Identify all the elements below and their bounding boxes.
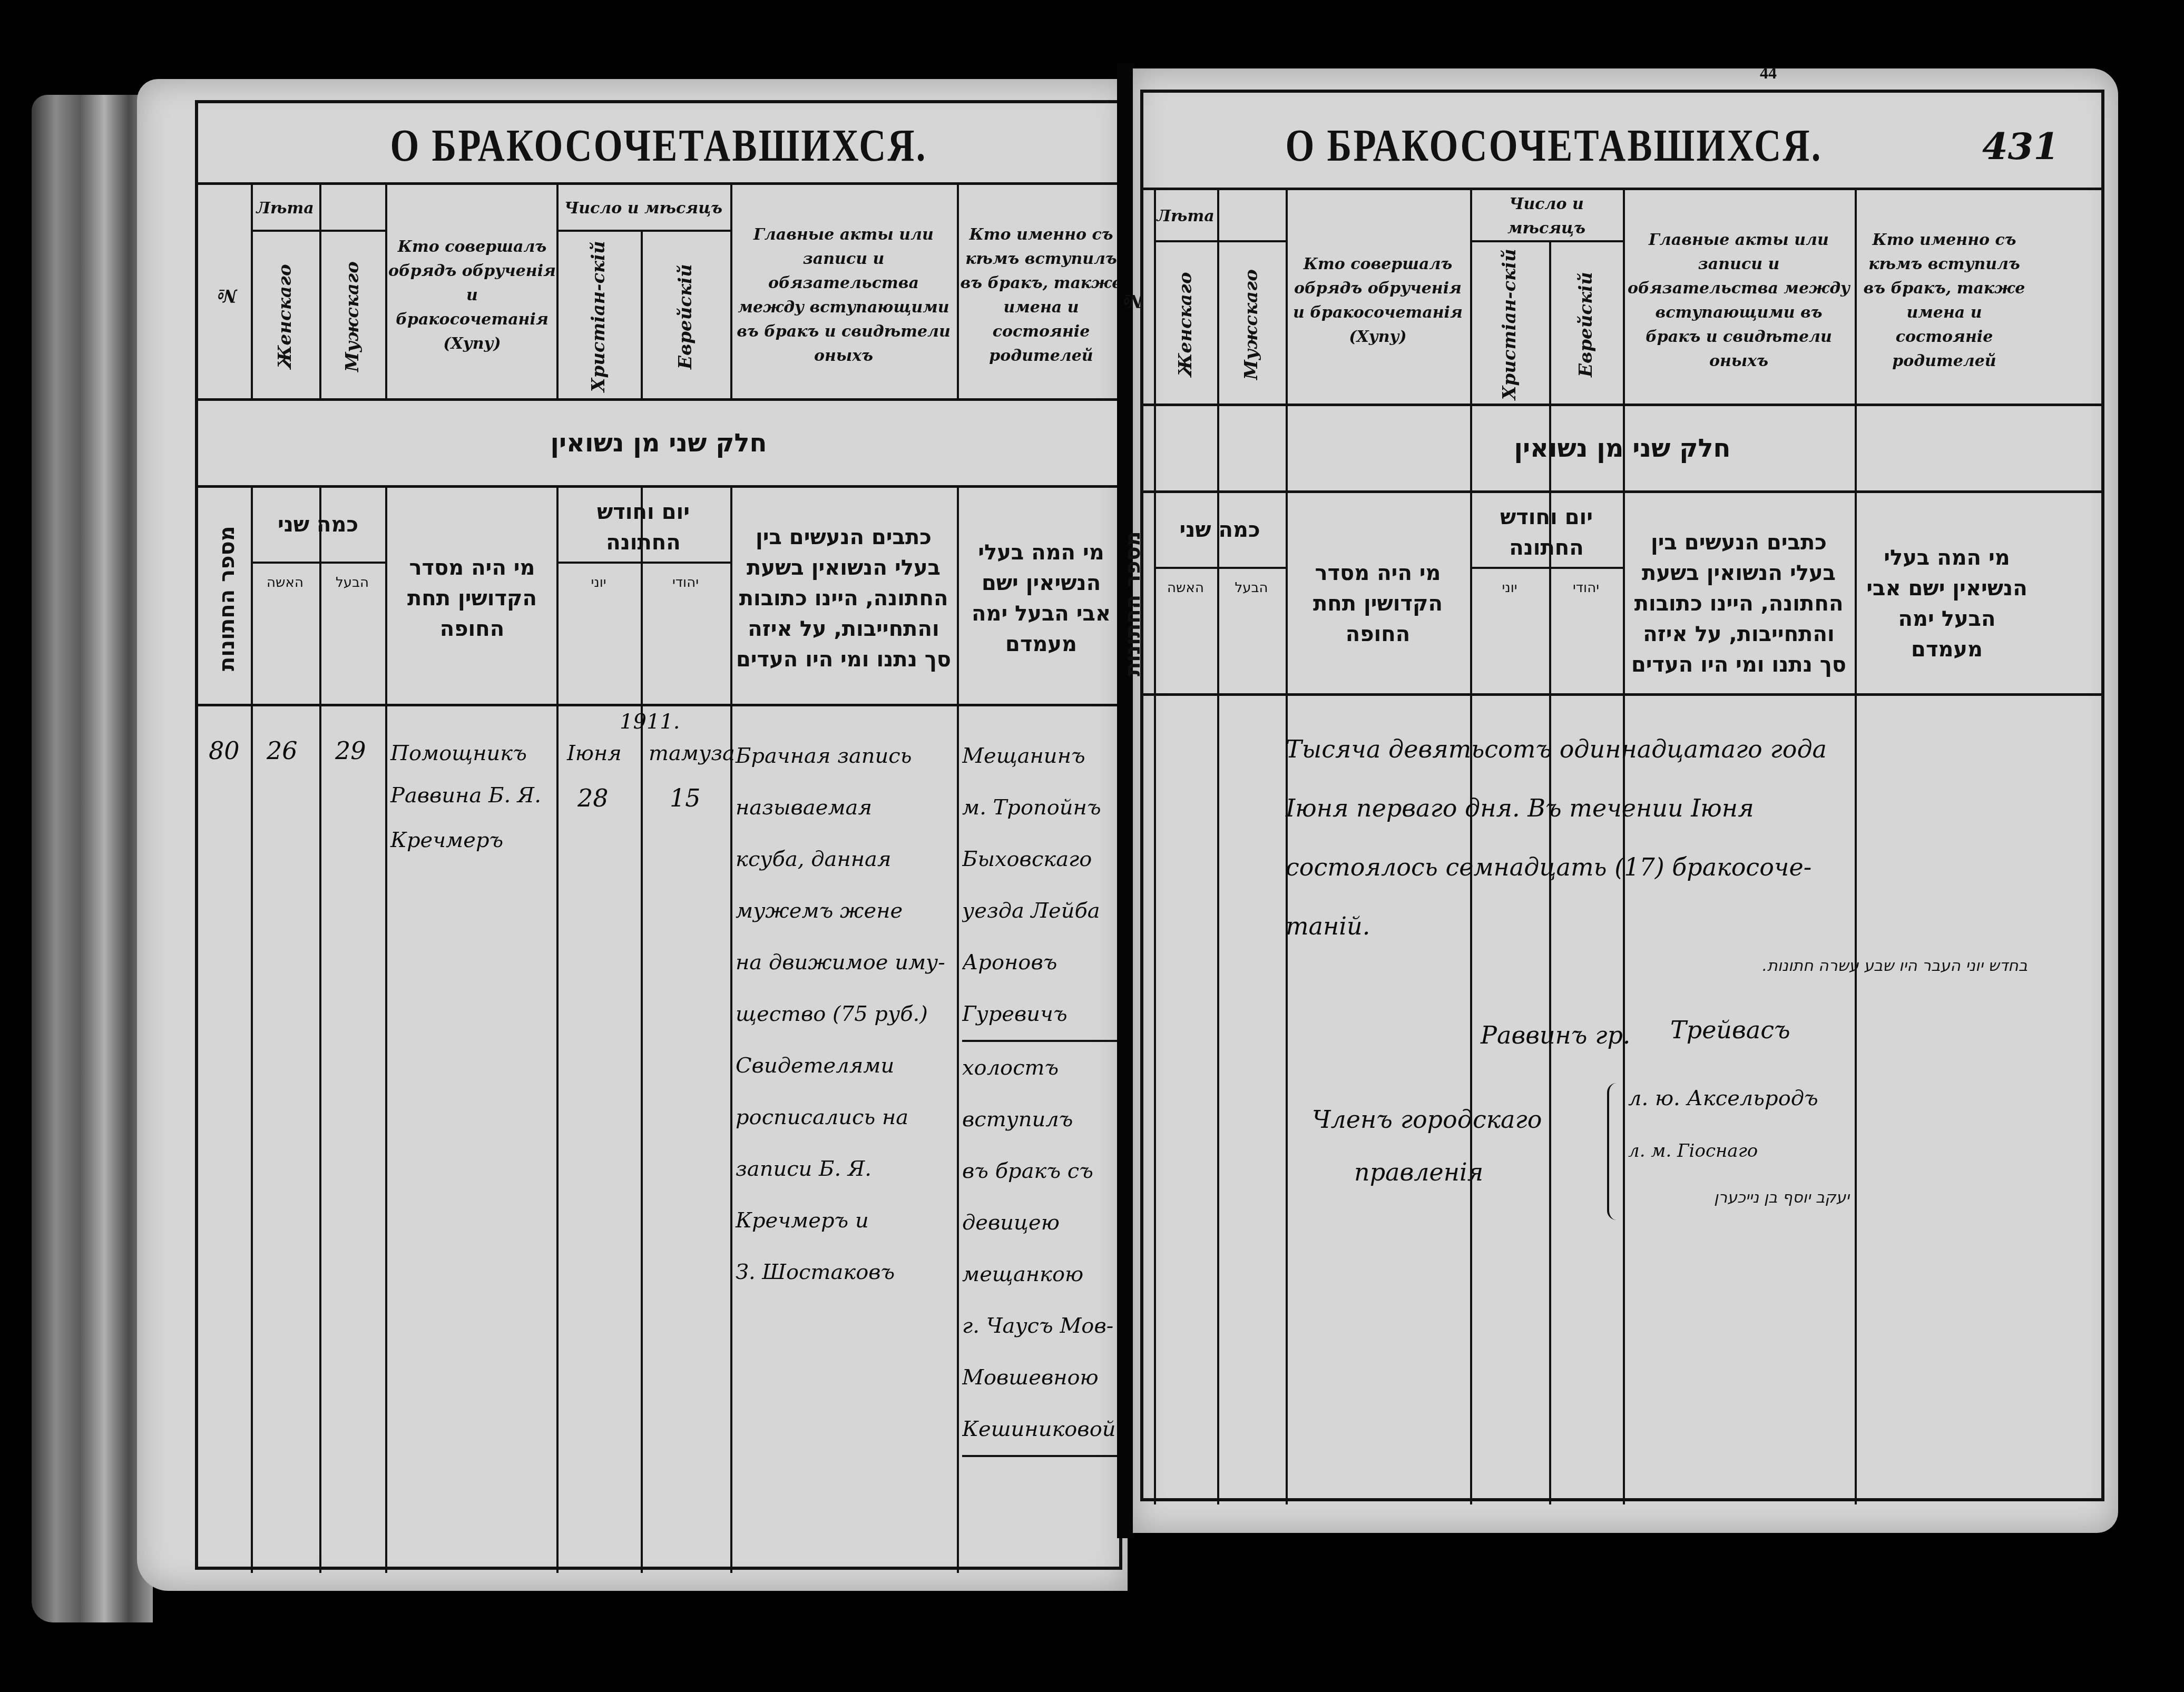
hebrew-header-husband: הבעל [319, 567, 385, 598]
closing-line: состоялось семнадцать (17) бракосоче- [1286, 838, 2039, 897]
column-rule [385, 182, 387, 1573]
header-officiant: Кто совершалъ обрядъ обрученія и бракосо… [1288, 198, 1467, 404]
board-label: правленія [1354, 1146, 1483, 1198]
who-line: въ бракъ съ [962, 1145, 1120, 1197]
entry-date-jewish-month: тамуза [649, 727, 735, 779]
header-date-christian: Христіан-скій [556, 235, 641, 398]
acts-line: называемая [736, 782, 957, 833]
hebrew-header-date-greek: יוני [1470, 572, 1549, 604]
open-register-book: О БРАКОСОЧЕТАВШИХСЯ. № Лѣта Женскаго Муж… [0, 0, 2184, 1692]
acts-line: З. Шостаковъ [736, 1246, 957, 1298]
hebrew-header-acts: כתבים הנעשים בין בעלי הנשואין בשעת החתונ… [736, 493, 952, 704]
column-rule [957, 182, 959, 1573]
header-ages: Лѣта [1154, 193, 1217, 240]
header-age-male: Мужскаго [319, 235, 385, 398]
header-acts: Главные акты или записи и обязательства … [733, 193, 954, 398]
signature-brace [1607, 1083, 1617, 1220]
closing-line: Тысяча девятьсотъ одиннадцатаго года [1286, 720, 2039, 779]
header-date: Число и мѣсяцъ [1470, 193, 1623, 240]
header-date-christian: Христіан-скій [1470, 245, 1549, 404]
hebrew-header-who: מי המה בעלי הנשיאין ישם אבי הבעל ימה מעמ… [962, 493, 1120, 704]
acts-line: Кречмеръ и [736, 1195, 957, 1246]
header-age-female: Женскаго [1154, 245, 1217, 404]
who-line: Гуревичъ [962, 988, 1120, 1042]
header-officiant: Кто совершалъ обрядъ обрученія и бракосо… [388, 193, 556, 398]
closing-statement: Тысяча девятьсотъ одиннадцатаго года Іюн… [1286, 720, 2039, 956]
acts-line: щество (75 руб.) [736, 988, 957, 1040]
hebrew-header-acts: כתבים הנעשים בין בעלי הנשואין בשעת החתונ… [1631, 498, 1847, 709]
column-rule [730, 182, 732, 1573]
hebrew-header-number: מספר החתונות [203, 493, 251, 704]
hebrew-header-date: יום וחודש החתונה [1470, 498, 1623, 567]
hebrew-section-title: חלק שני מן נשואין [198, 401, 1119, 485]
header-date-jewish: Еврейскій [1549, 245, 1623, 404]
printed-page-number: 44 [1760, 63, 1777, 83]
who-line: мещанкою [962, 1248, 1120, 1300]
header-number: № [1112, 198, 1154, 404]
who-line: холостъ [962, 1042, 1120, 1094]
who-line: Мещанинъ [962, 730, 1120, 782]
right-page-frame: О БРАКОСОЧЕТАВШИХСЯ. 431 № Лѣта Женскаго… [1140, 90, 2104, 1501]
book-edge [32, 95, 153, 1622]
left-page-title: О БРАКОСОЧЕТАВШИХСЯ. [281, 119, 1036, 172]
entry-age-male: 29 [335, 725, 366, 776]
divider [251, 230, 385, 232]
header-who: Кто именно съ кѣмъ вступилъ въ бракъ, та… [959, 193, 1123, 398]
board-signature: л. ю. Аксельродъ [1628, 1073, 1818, 1124]
hebrew-header-ages: כמה שני [1154, 498, 1286, 562]
board-signature-hebrew: יעקב יוסף בן נייכערן [1628, 1188, 1849, 1207]
who-line: г. Чаусъ Мов- [962, 1300, 1120, 1352]
hebrew-header-number: מספר החתונות [1112, 498, 1154, 709]
acts-line: Брачная запись [736, 730, 957, 782]
divider [556, 230, 730, 232]
divider [1154, 240, 1286, 242]
who-line: Кешиниковой [962, 1403, 1120, 1457]
acts-line: Свидетелями [736, 1040, 957, 1091]
board-label: Членъ городскаго [1312, 1094, 1542, 1145]
acts-line: записи Б. Я. [736, 1143, 957, 1195]
rabbi-signature: Трейвасъ [1670, 1004, 1790, 1056]
entry-age-female: 26 [267, 725, 298, 776]
hebrew-section-title: חלק שני מן נשואין [1143, 406, 2101, 490]
entry-officiant-line: Кречмеръ [390, 814, 503, 866]
hebrew-header-date: יום וחודש החתונה [556, 493, 730, 562]
hebrew-header-who: מי המה בעלי הנשיאין ישם אבי הבעל ימה מעמ… [1863, 498, 2031, 709]
who-line: м. Тропойнъ [962, 782, 1120, 833]
divider [1154, 567, 1286, 569]
divider [198, 182, 1119, 185]
acts-line: мужемъ жене [736, 885, 957, 937]
header-who: Кто именно съ кѣмъ вступилъ въ бракъ, та… [1857, 198, 2031, 404]
header-age-male: Мужскаго [1217, 245, 1286, 404]
divider [1470, 567, 1623, 569]
entry-officiant-line: Раввина Б. Я. [390, 770, 541, 821]
hebrew-header-date-jewish: יהודי [641, 567, 730, 598]
closing-line: таній. [1286, 897, 2039, 956]
acts-line: росписались на [736, 1091, 957, 1143]
who-line: девицею [962, 1197, 1120, 1248]
who-line: вступилъ [962, 1094, 1120, 1145]
left-page: О БРАКОСОЧЕТАВШИХСЯ. № Лѣта Женскаго Муж… [137, 79, 1128, 1591]
left-page-frame: О БРАКОСОЧЕТАВШИХСЯ. № Лѣта Женскаго Муж… [195, 100, 1122, 1570]
entry-date-christian-day: 28 [577, 772, 609, 824]
who-line: Быховскаго [962, 833, 1120, 885]
divider [251, 562, 385, 564]
who-line: уезда Лейба [962, 885, 1120, 937]
header-ages: Лѣта [251, 188, 319, 230]
closing-line: Іюня перваго дня. Въ течении Іюня [1286, 779, 2039, 838]
header-date-jewish: Еврейскій [641, 235, 730, 398]
entry-date-jewish-day: 15 [670, 772, 701, 824]
right-page-title: О БРАКОСОЧЕТАВШИХСЯ. [1217, 119, 1891, 172]
hebrew-header-officiant: מי היה מסדר הקדושין תחת החופה [393, 493, 551, 704]
hebrew-header-wife: האשה [1154, 572, 1217, 604]
hebrew-header-date-jewish: יהודי [1549, 572, 1623, 604]
hebrew-header-ages: כמה שני [251, 493, 385, 556]
header-date: Число и мѣсяцъ [556, 188, 730, 230]
hebrew-header-date-greek: יוני [556, 567, 641, 598]
handwritten-folio-number: 431 [1982, 124, 2059, 168]
rabbi-label: Раввинъ гр. [1481, 1009, 1630, 1061]
header-acts: Главные акты или записи и обязательства … [1625, 198, 1852, 404]
hebrew-header-wife: האשה [251, 567, 319, 598]
divider [1143, 490, 2101, 493]
entry-number: 80 [209, 725, 240, 776]
who-line: Ароновъ [962, 937, 1120, 988]
acts-line: на движимое иму- [736, 937, 957, 988]
hebrew-header-officiant: מי היה מסדר הקדושין תחת החופה [1294, 498, 1462, 709]
divider [556, 562, 730, 564]
who-line: Мовшевною [962, 1352, 1120, 1403]
divider [1143, 693, 2101, 696]
entry-who: Мещанинъ м. Тропойнъ Быховскаго уезда Ле… [962, 730, 1120, 1457]
hebrew-closing-note: בחדש יוני העבר היו שבע עשרה חתונות. [1762, 957, 2028, 975]
header-number: № [203, 193, 251, 398]
acts-line: ксуба, данная [736, 833, 957, 885]
hebrew-header-husband: הבעל [1217, 572, 1286, 604]
entry-acts: Брачная запись называемая ксуба, данная … [736, 730, 957, 1298]
right-page: 44 О БРАКОСОЧЕТАВШИХСЯ. 431 № Лѣта Женск… [1133, 68, 2118, 1533]
board-signature: л. м. Гіоснаго [1628, 1125, 1758, 1177]
divider [198, 485, 1119, 488]
header-age-female: Женскаго [251, 235, 319, 398]
entry-date-christian-month: Іюня [567, 727, 622, 779]
